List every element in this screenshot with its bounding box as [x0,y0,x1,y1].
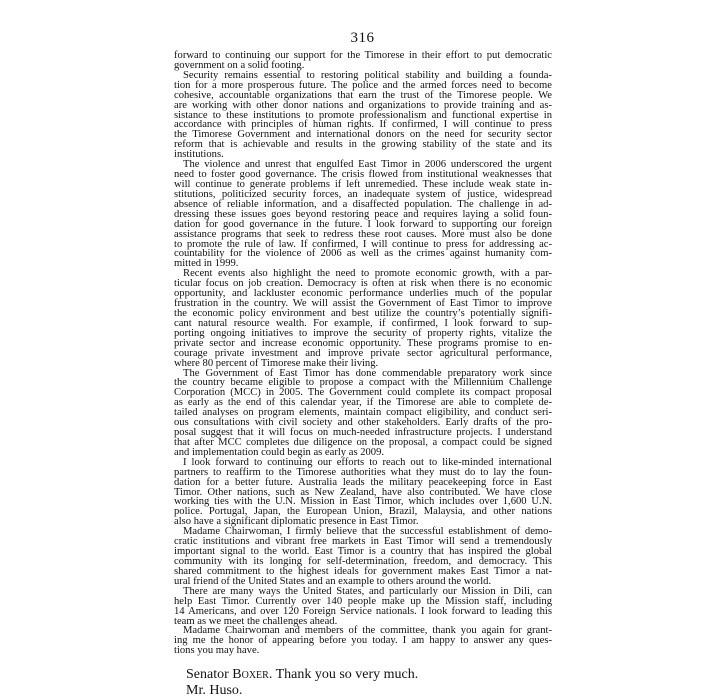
paragraph: There are many ways the United States, a… [174,587,552,627]
paragraph: Madame Chairwoman, I firmly believe that… [174,527,552,587]
paragraph: Security remains essential to restoring … [174,71,552,160]
text-line: reform that is achievable and results in… [174,140,552,150]
dialogue-line-mr-huso: Mr. Huso. [186,683,418,699]
page-number: 316 [0,30,725,46]
dialogue-line-senator-boxer: Senator Boxer. Thank you so very much. [186,667,418,683]
paragraph: I look forward to continuing our efforts… [174,458,552,527]
paragraph: The Government of East Timor has done co… [174,369,552,458]
dialogue-text: . Thank you so very much. [269,667,418,682]
paragraph: The violence and unrest that engulfed Ea… [174,160,552,269]
paragraph: Madame Chairwoman and members of the com… [174,626,552,656]
hearing-dialogue: Senator Boxer. Thank you so very much. M… [186,667,418,699]
speaker-name: Boxer [232,667,269,682]
testimony-body: forward to continuing our support for th… [174,51,552,656]
paragraph: Recent events also highlight the need to… [174,269,552,368]
paragraph: forward to continuing our support for th… [174,51,552,71]
speaker-prefix: Senator [186,667,232,682]
dialogue-text: Mr. Huso. [186,683,242,698]
text-line: tions you may have. [174,646,552,656]
text-line: where 80 percent of Timorese make their … [174,359,552,369]
